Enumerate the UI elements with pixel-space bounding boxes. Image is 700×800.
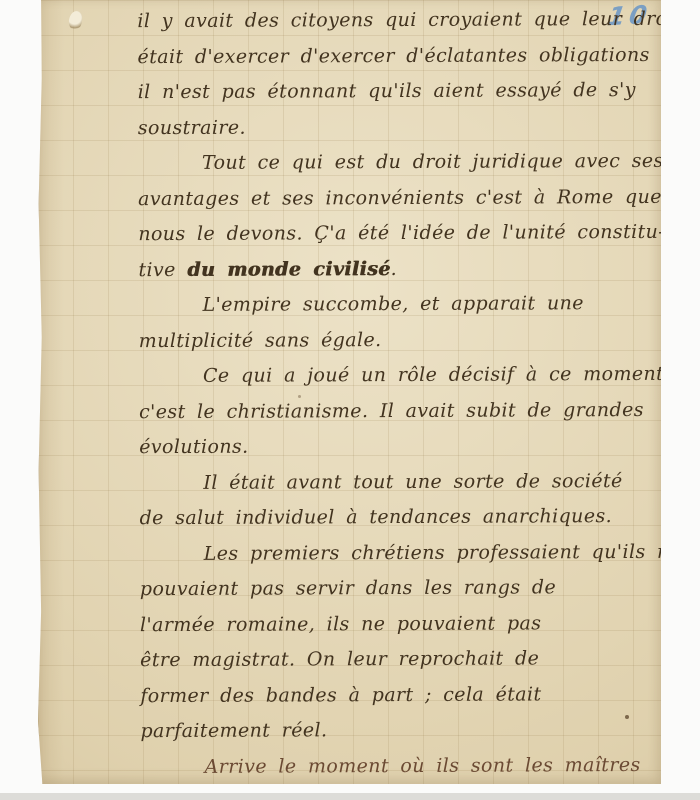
manuscript-line: Les premiers chrétiens professaient qu'i… xyxy=(140,534,661,572)
manuscript-text: il y avait des citoyens qui croyaient qu… xyxy=(137,2,661,784)
manuscript-line: tive du monde civilisé. xyxy=(138,250,660,288)
manuscript-paper: 10 il y avait des citoyens qui croyaient… xyxy=(38,0,661,784)
manuscript-line: c'est le christianisme. Il avait subit d… xyxy=(139,392,661,430)
paper-hole xyxy=(68,10,84,31)
manuscript-line: avantages et ses inconvénients c'est à R… xyxy=(138,179,660,217)
manuscript-line: était d'exercer d'exercer d'éclatantes o… xyxy=(137,37,659,75)
ink-speck xyxy=(625,715,629,719)
manuscript-line: de salut individuel à tendances anarchiq… xyxy=(139,499,661,537)
manuscript-line: Ce qui a joué un rôle décisif à ce momen… xyxy=(139,357,661,395)
scan-edge xyxy=(0,793,700,800)
manuscript-line: l'armée romaine, ils ne pouvaient pas xyxy=(140,605,661,643)
manuscript-line: nous le devons. Ç'a été l'idée de l'unit… xyxy=(138,215,660,253)
manuscript-line: pouvaient pas servir dans les rangs de xyxy=(140,570,661,608)
manuscript-line: il y avait des citoyens qui croyaient qu… xyxy=(137,2,659,40)
manuscript-line: multiplicité sans égale. xyxy=(139,321,661,359)
manuscript-line: Il était avant tout une sorte de société xyxy=(139,463,661,501)
manuscript-line: Arrive le moment où ils sont les maîtres xyxy=(141,747,661,784)
manuscript-line: former des bandes à part ; cela était xyxy=(140,676,661,714)
manuscript-line: L'empire succombe, et apparait une xyxy=(139,286,661,324)
manuscript-line: évolutions. xyxy=(139,428,661,466)
manuscript-line: soustraire. xyxy=(138,108,660,146)
manuscript-line: il n'est pas étonnant qu'ils aient essay… xyxy=(138,73,660,111)
emphasized-phrase: du monde civilisé xyxy=(187,258,390,281)
manuscript-line: être magistrat. On leur reprochait de xyxy=(140,641,661,679)
ink-speck xyxy=(298,395,301,398)
scanned-document: 10 il y avait des citoyens qui croyaient… xyxy=(0,0,700,800)
manuscript-line: parfaitement réel. xyxy=(140,712,661,750)
manuscript-line: Tout ce qui est du droit juridique avec … xyxy=(138,144,660,182)
